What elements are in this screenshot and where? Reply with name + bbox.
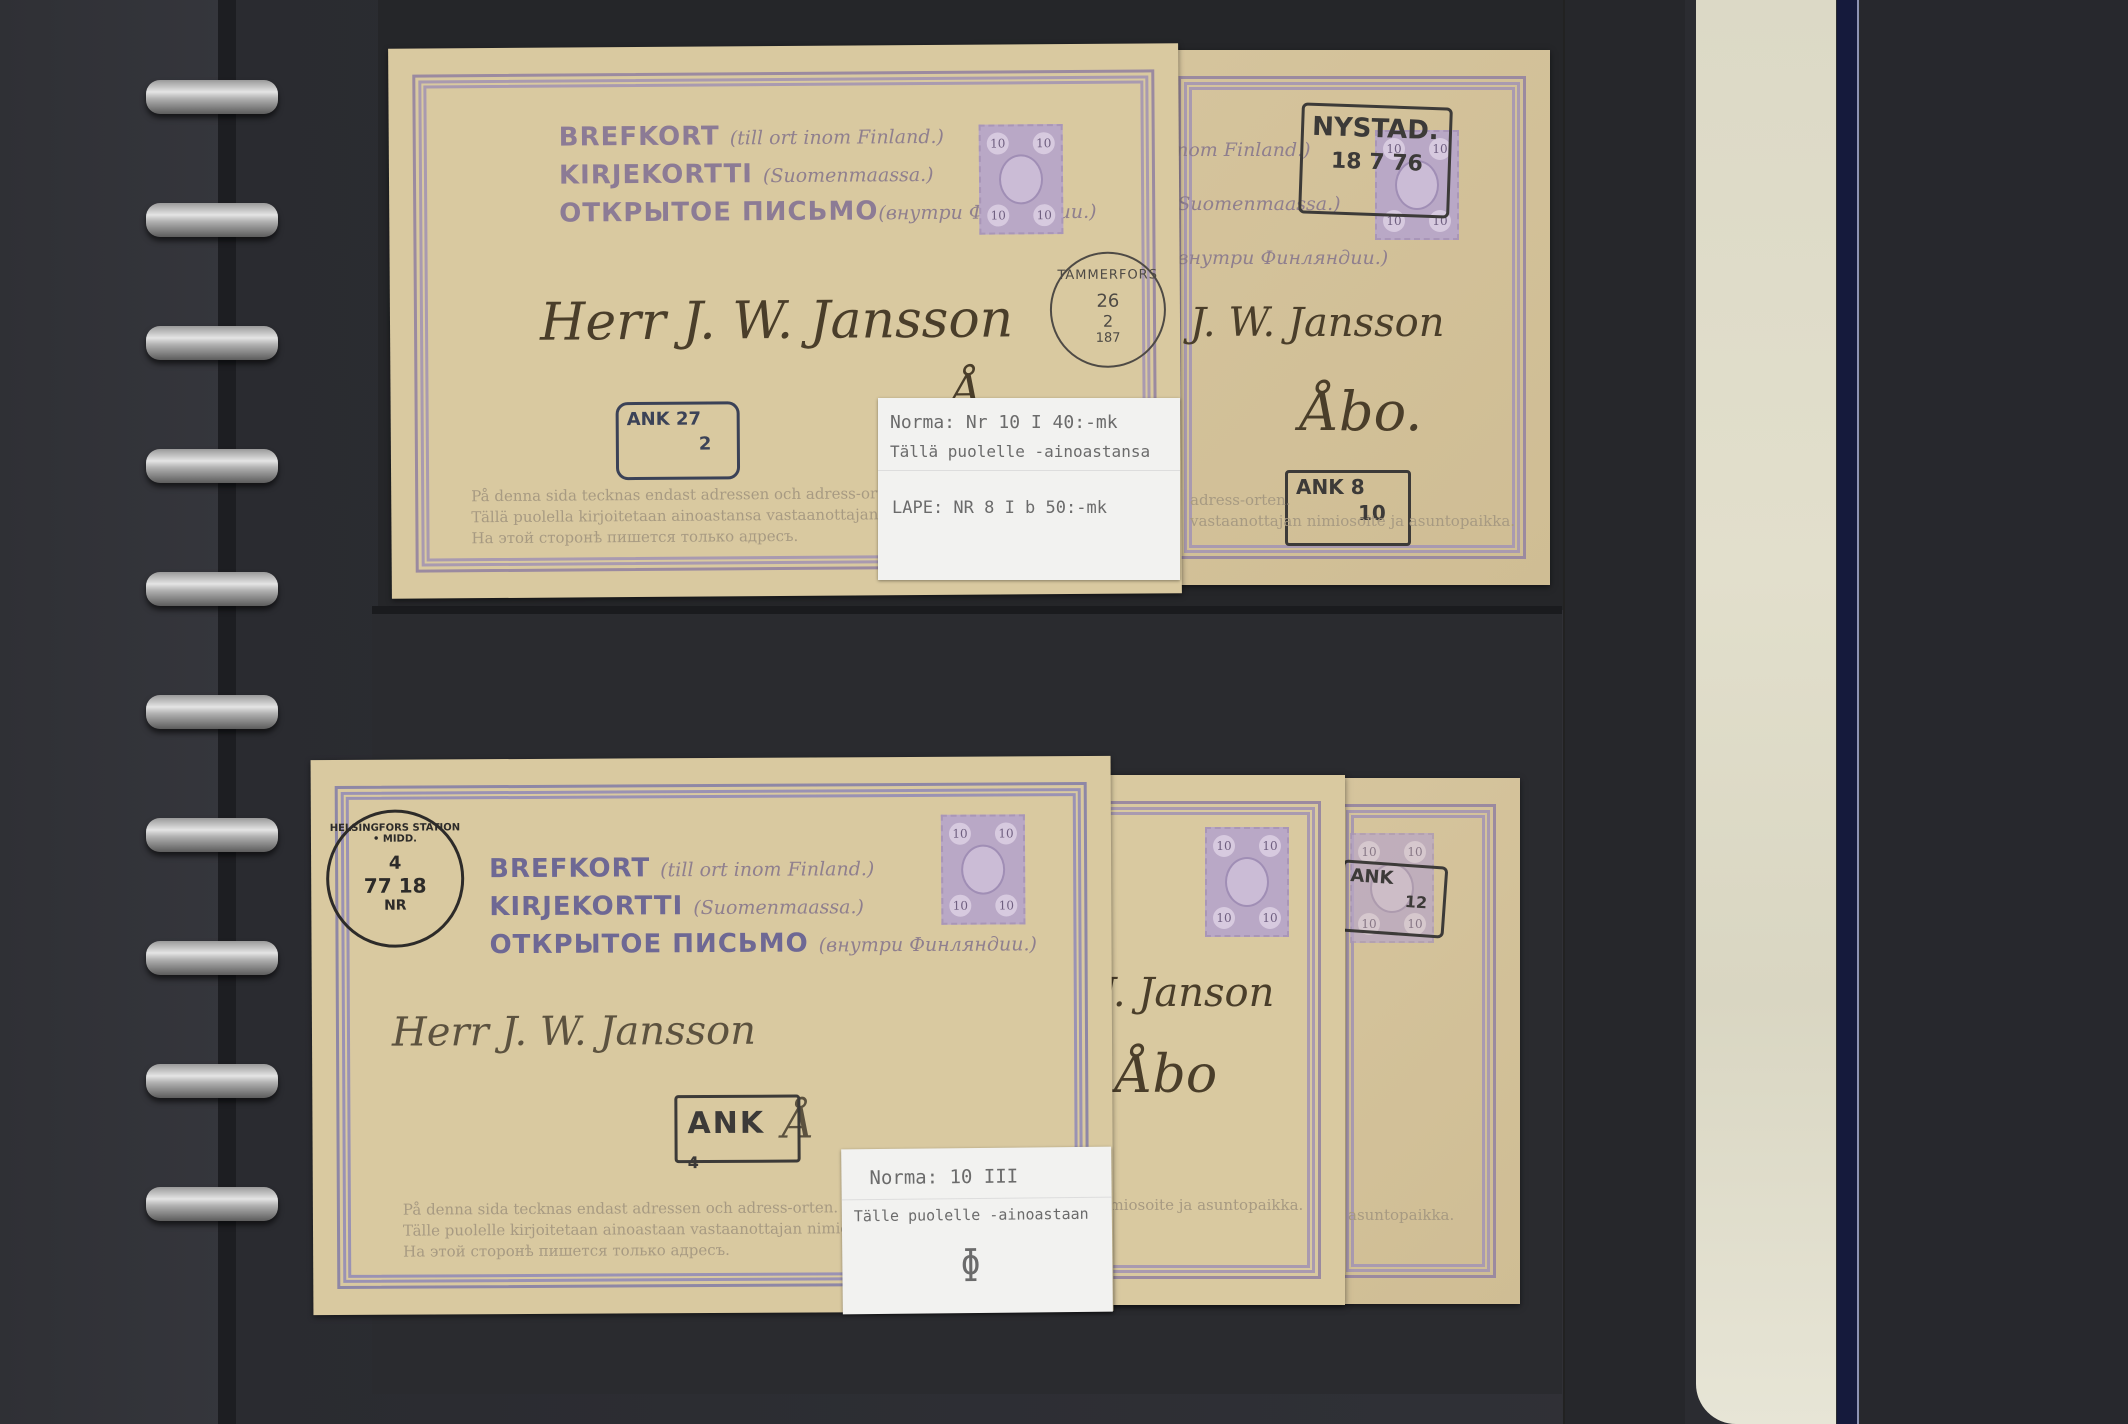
stamp-imprint-10-penni: 1010 1010 [941, 814, 1026, 924]
card-heading-russian: ОТКРЫТОЕ ПИСЬМО [559, 196, 878, 228]
handwritten-address-name: Herr J. W. Jansson [540, 289, 1014, 352]
card-heading-finnish: KIRJEKORTTI [489, 891, 683, 922]
stockpage-strip-divider [372, 606, 1562, 614]
handwritten-address-city: Åbo. [1300, 380, 1422, 443]
handwritten-address-name: Herr J. W. Jansson [392, 1008, 756, 1056]
collector-note-top: Norma: Nr 10 I 40:-mk Tällä puolelle -ai… [878, 398, 1180, 580]
postmark-ank-box: ANK 4 [674, 1095, 800, 1164]
card-heading-swedish: BREFKORT [559, 121, 720, 152]
card-heading-finnish: KIRJEKORTTI [559, 159, 753, 190]
postmark-ank-blue: ANK 27 2 [616, 401, 741, 480]
binder-ring [146, 572, 278, 606]
binder-ring [146, 326, 278, 360]
coat-of-arms-icon [1225, 857, 1269, 907]
binder-ring [146, 449, 278, 483]
postmark-helsingfors-station: HELSINGFORS STATION • MIDD. 4 77 18 NR [326, 809, 465, 948]
card-heading-note: (внутри Финляндии.) [1170, 247, 1388, 269]
postmark-tammerfors: TAMMERFORS 26 2 187 [1050, 251, 1167, 368]
interleaving-paper [1696, 0, 1836, 1424]
coat-of-arms-icon [961, 844, 1005, 894]
stamp-imprint-10-penni: 1010 1010 [979, 124, 1064, 235]
card-footer-line: nimiosoite ja asuntopaikka. [1095, 1195, 1303, 1216]
postmark-ank-box: ANK 12 [1338, 859, 1449, 938]
handwritten-address-name: J. W. Jansson [1190, 300, 1444, 346]
binder-ring [146, 80, 278, 114]
binder-ring [146, 941, 278, 975]
handwritten-address-city: Åbo [1115, 1045, 1217, 1105]
binder-ring [146, 818, 278, 852]
binder-ring [146, 1187, 278, 1221]
binder-ring [146, 203, 278, 237]
card-footer-line: asuntopaikka. [1348, 1205, 1454, 1226]
card-heading-note: inom Finland.) [1170, 139, 1311, 161]
binder-ring [146, 695, 278, 729]
card-footer-line: vastaanottajan nimiosoite ja asuntopaikk… [1190, 511, 1515, 532]
binder-ring [146, 1064, 278, 1098]
handwritten-address-name: J. Janson [1100, 970, 1274, 1016]
coat-of-arms-icon [999, 154, 1043, 204]
card-heading-swedish: BREFKORT [489, 853, 650, 884]
album-cover-edge [1837, 0, 1859, 1424]
stockpage-right-margin [1563, 0, 1685, 1424]
card-heading-russian: ОТКРЫТОЕ ПИСЬМО [489, 928, 808, 960]
collector-note-bottom: Norma: 10 III Tälle puolelle -ainoastaan… [841, 1147, 1113, 1315]
stamp-imprint-10-penni: 1010 1010 [1205, 827, 1289, 937]
pencil-signature-mark: ɸ [960, 1243, 981, 1283]
postmark-nystad: NYSTAD. 18 7 76 [1298, 102, 1453, 218]
card-footer-line: adress-orten. [1190, 490, 1515, 511]
album-cover [1859, 0, 2128, 1424]
